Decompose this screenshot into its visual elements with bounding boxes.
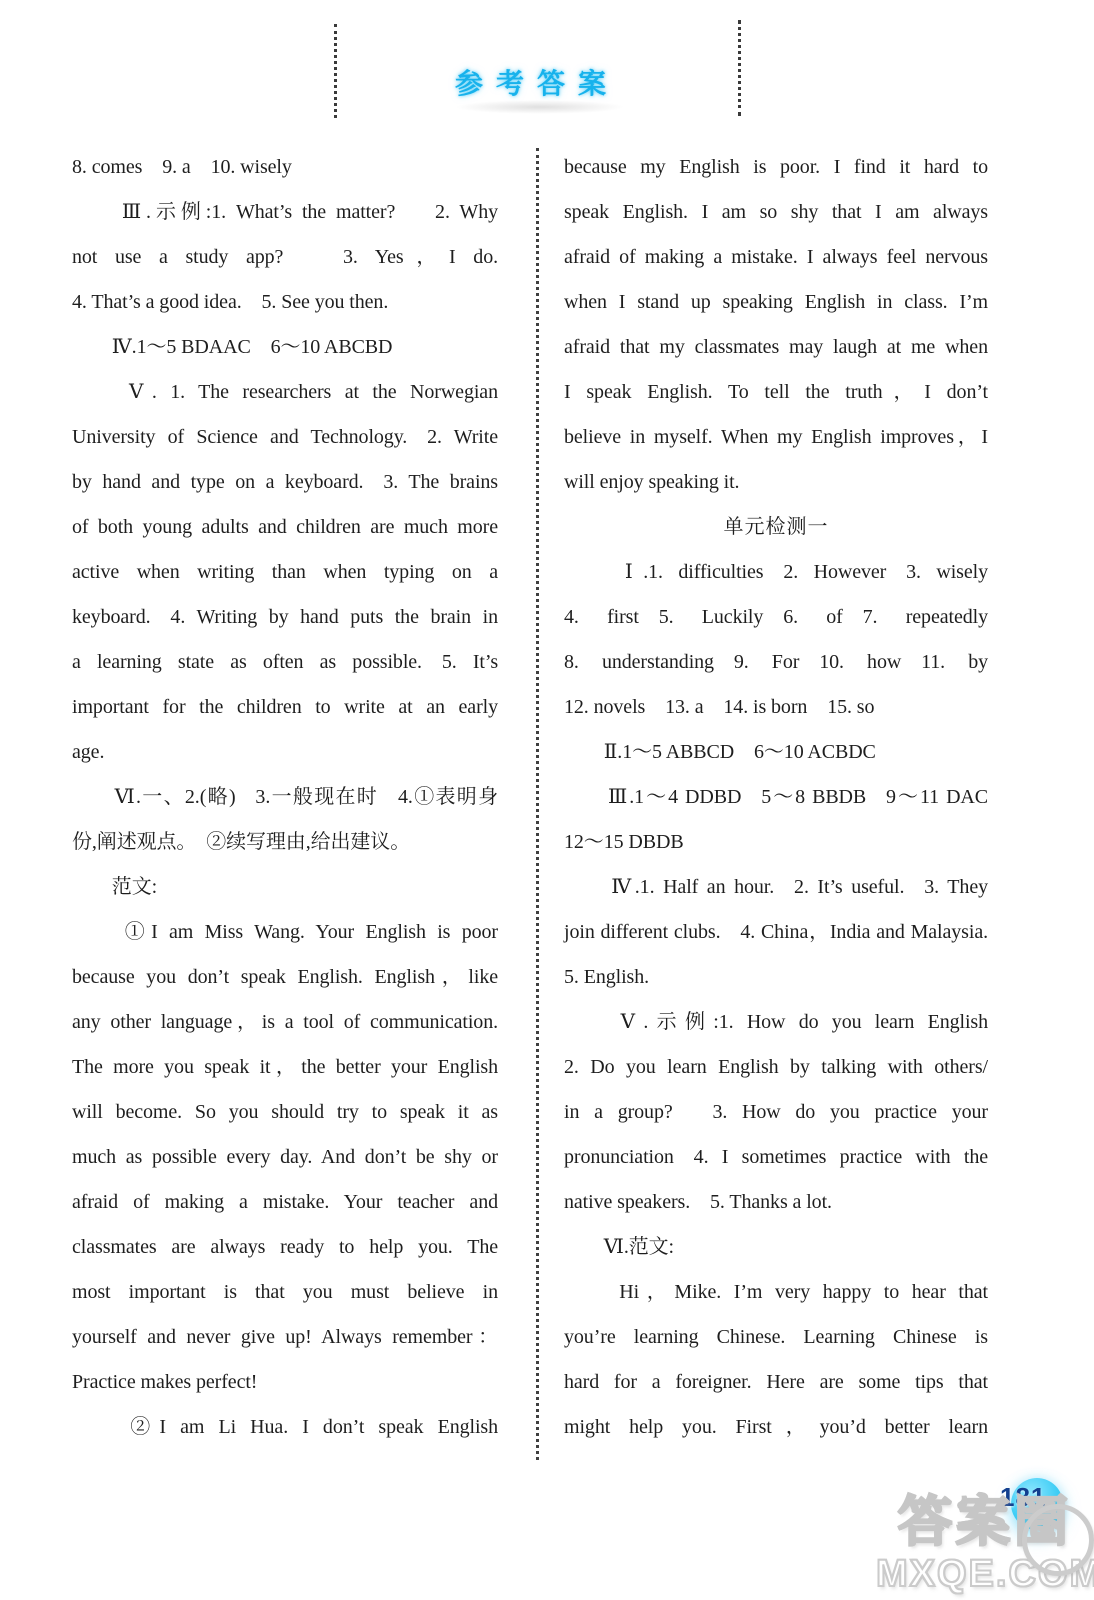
text-line: Ⅵ.一、2.(略) 3.一般现在时 4.①表明身 xyxy=(72,775,498,820)
text-line: Ⅲ.1～4 DDBD 5～8 BBDB 9～11 DAC xyxy=(564,775,988,820)
text-line: might help you. First，you’d better learn xyxy=(564,1405,988,1450)
text-line: because you don’t speak English. English… xyxy=(72,955,498,1000)
text-line: by hand and type on a keyboard. 3. The b… xyxy=(72,460,498,505)
text-line: believe in myself. When my English impro… xyxy=(564,415,988,460)
text-line: active when writing than when typing on … xyxy=(72,550,498,595)
text-line: Ⅴ. 1. The researchers at the Norwegian xyxy=(72,370,498,415)
text-line: afraid of making a mistake. Your teacher… xyxy=(72,1180,498,1225)
text-line: 8. comes 9. a 10. wisely xyxy=(72,145,498,190)
text-line: in a group? 3. How do you practice your xyxy=(564,1090,988,1135)
column-divider xyxy=(536,148,539,1460)
text-line: classmates are always ready to help you.… xyxy=(72,1225,498,1270)
text-line: a learning state as often as possible. 5… xyxy=(72,640,498,685)
text-line: most important is that you must believe … xyxy=(72,1270,498,1315)
text-line: because my English is poor. I find it ha… xyxy=(564,145,988,190)
scanned-answer-page: 参考答案 8. comes 9. a 10. wisely Ⅲ.示例:1. Wh… xyxy=(0,0,1094,1600)
text-line: The more you speak it，the better your En… xyxy=(72,1045,498,1090)
text-line: afraid that my classmates may laugh at m… xyxy=(564,325,988,370)
text-line: Ⅱ.1～5 ABBCD 6～10 ACBDC xyxy=(564,730,988,775)
text-line: University of Science and Technology. 2.… xyxy=(72,415,498,460)
text-line: ②I am Li Hua. I don’t speak English xyxy=(72,1405,498,1450)
text-line: any other language，is a tool of communic… xyxy=(72,1000,498,1045)
text-line: Ⅲ.示例:1. What’s the matter? 2. Why xyxy=(72,190,498,235)
text-line: age. xyxy=(72,730,498,775)
text-line: 单元检测一 xyxy=(564,505,988,550)
title-scan-shadow xyxy=(455,100,625,114)
text-line: Ⅴ.示例:1. How do you learn English xyxy=(564,1000,988,1045)
text-line: will enjoy speaking it. xyxy=(564,460,988,505)
text-line: Ⅰ.1. difficulties 2. However 3. wisely xyxy=(564,550,988,595)
text-line: important for the children to write at a… xyxy=(72,685,498,730)
text-line: 4. first 5. Luckily 6. of 7. repeatedly xyxy=(564,595,988,640)
watermark: 答案圈 MXQE.COM xyxy=(876,1492,1094,1596)
text-line: 12. novels 13. a 14. is born 15. so xyxy=(564,685,988,730)
text-line: ①I am Miss Wang. Your English is poor xyxy=(72,910,498,955)
text-line: native speakers. 5. Thanks a lot. xyxy=(564,1180,988,1225)
text-line: you’re learning Chinese. Learning Chines… xyxy=(564,1315,988,1360)
text-line: pronunciation 4. I sometimes practice wi… xyxy=(564,1135,988,1180)
text-line: Ⅵ.范文: xyxy=(564,1225,988,1270)
left-column: 8. comes 9. a 10. wisely Ⅲ.示例:1. What’s … xyxy=(72,145,498,1450)
text-line: 范文: xyxy=(72,865,498,910)
text-line: keyboard. 4. Writing by hand puts the br… xyxy=(72,595,498,640)
text-line: 份,阐述观点。 ②续写理由,给出建议。 xyxy=(72,820,498,865)
text-line: 5. English. xyxy=(564,955,988,1000)
text-line: not use a study app? 3. Yes，I do. xyxy=(72,235,498,280)
text-line: yourself and never give up! Always remem… xyxy=(72,1315,498,1360)
text-line: 4. That’s a good idea. 5. See you then. xyxy=(72,280,498,325)
text-line: Ⅳ.1. Half an hour. 2. It’s useful. 3. Th… xyxy=(564,865,988,910)
text-line: much as possible every day. And don’t be… xyxy=(72,1135,498,1180)
page-title: 参考答案 xyxy=(287,62,787,102)
text-line: 12～15 DBDB xyxy=(564,820,988,865)
text-line: of both young adults and children are mu… xyxy=(72,505,498,550)
text-line: afraid of making a mistake. I always fee… xyxy=(564,235,988,280)
text-line: when I stand up speaking English in clas… xyxy=(564,280,988,325)
right-column: because my English is poor. I find it ha… xyxy=(564,145,988,1450)
text-line: join different clubs. 4. China，India and… xyxy=(564,910,988,955)
text-line: 8. understanding 9. For 10. how 11. by xyxy=(564,640,988,685)
text-line: speak English. I am so shy that I am alw… xyxy=(564,190,988,235)
text-line: 2. Do you learn English by talking with … xyxy=(564,1045,988,1090)
text-line: will become. So you should try to speak … xyxy=(72,1090,498,1135)
text-line: hard for a foreigner. Here are some tips… xyxy=(564,1360,988,1405)
text-line: Hi，Mike. I’m very happy to hear that xyxy=(564,1270,988,1315)
text-line: I speak English. To tell the truth，I don… xyxy=(564,370,988,415)
text-line: Practice makes perfect! xyxy=(72,1360,498,1405)
text-line: Ⅳ.1～5 BDAAC 6～10 ABCBD xyxy=(72,325,498,370)
watermark-circle-logo xyxy=(1022,1504,1094,1576)
